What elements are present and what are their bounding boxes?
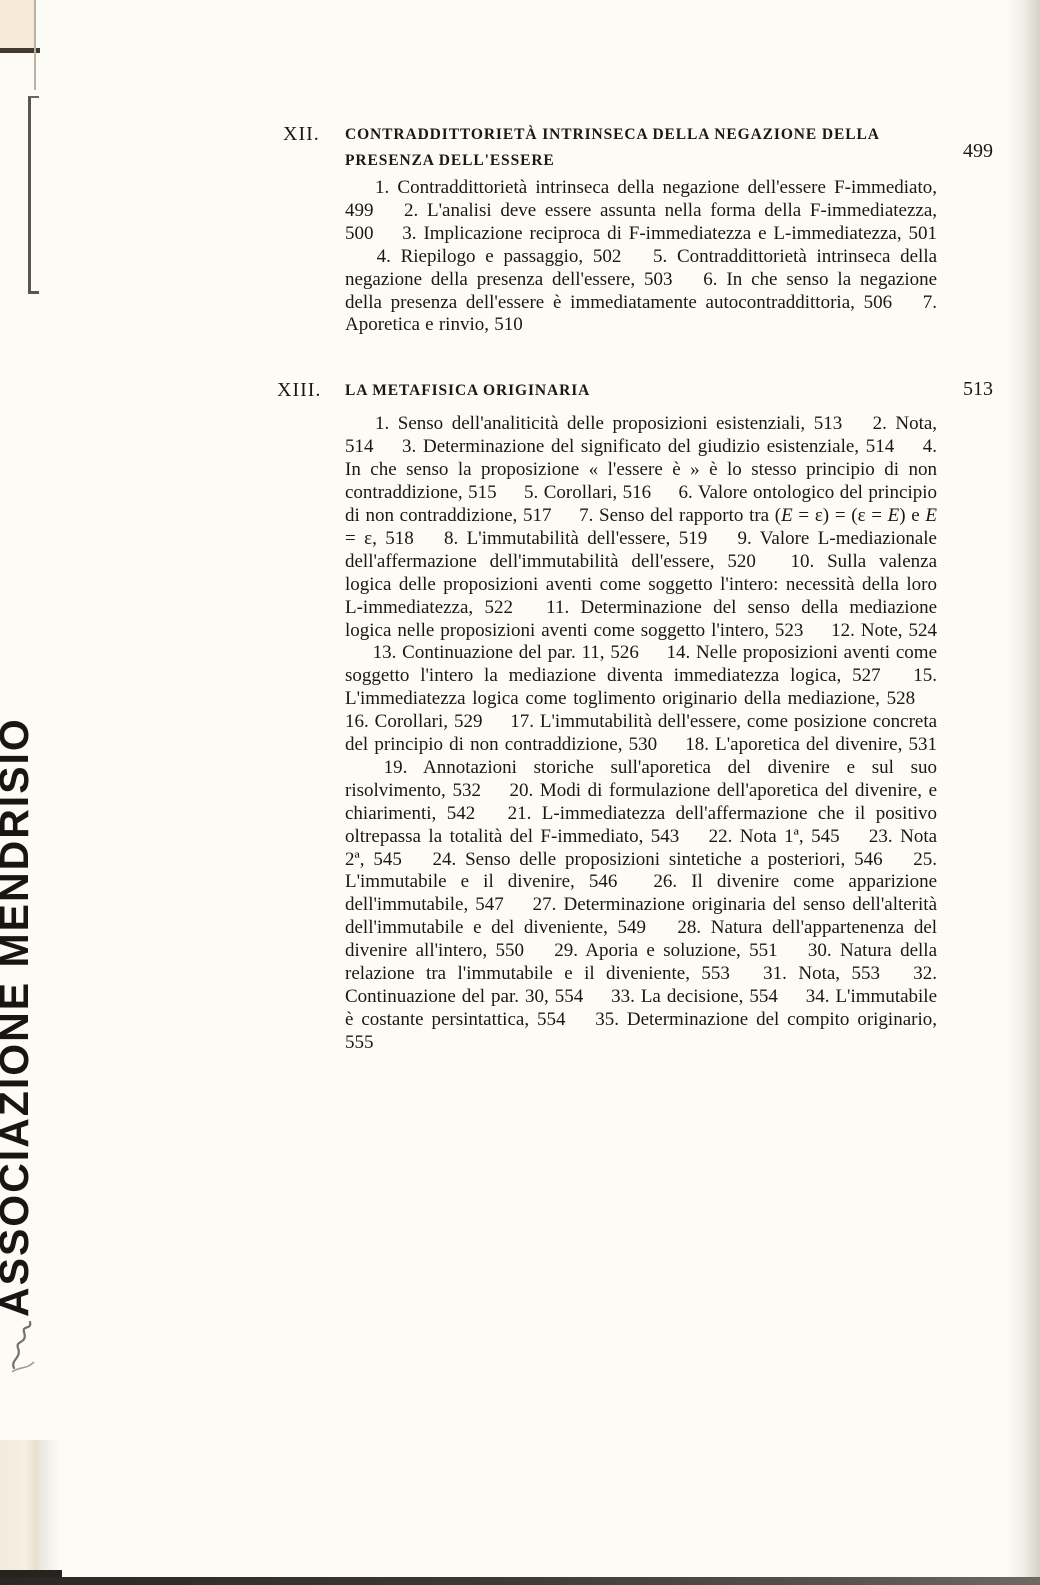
entry-number: 34.: [806, 986, 830, 1007]
entry-title: Aporetica e rinvio,: [345, 314, 489, 335]
entry-number: 22.: [709, 826, 733, 847]
entry-title: Corollari,: [375, 711, 448, 732]
page-edge-bottom-left: [0, 1440, 37, 1585]
entry-number: 17.: [510, 711, 534, 732]
entry-page: 553: [851, 963, 880, 984]
entry-page: 515: [468, 482, 497, 503]
entry-page: 554: [749, 986, 778, 1007]
toc-entry: 33. La decisione, 554: [611, 986, 778, 1007]
entry-page: 501: [909, 223, 938, 244]
entry-number: 35.: [595, 1009, 619, 1030]
entry-title: Senso delle proposizioni sintetiche a po…: [465, 849, 845, 870]
entry-title: Nota,: [798, 963, 840, 984]
entry-number: 7.: [923, 292, 937, 313]
page-edge-top-left: [0, 0, 36, 49]
entry-number: 2.: [873, 413, 887, 434]
entry-title: Continuazione del par. 30,: [345, 986, 549, 1007]
entry-page: 514: [345, 436, 374, 457]
toc-entry: 13. Continuazione del par. 11, 526: [373, 642, 639, 663]
entry-title: Aporia e soluzione,: [585, 940, 741, 961]
entry-page: 516: [623, 482, 652, 503]
entry-page: 510: [494, 314, 523, 335]
entry-title: Riepilogo e passaggio,: [401, 246, 584, 267]
entry-page: 531: [909, 734, 938, 755]
entry-page: 545: [373, 849, 402, 870]
entry-number: 30.: [808, 940, 832, 961]
entry-number: 23.: [869, 826, 893, 847]
entry-page: 543: [651, 826, 680, 847]
entry-number: 2.: [404, 200, 418, 221]
entry-number: 24.: [433, 849, 457, 870]
scanned-book-page: ASSOCIAZIONE MENDRISIO XII. CONTRADDITTO…: [0, 0, 1040, 1585]
toc-entry: 29. Aporia e soluzione, 551: [554, 940, 777, 961]
entry-title: Contraddittorietà intrinseca della negaz…: [397, 177, 937, 198]
entry-number: 27.: [533, 894, 557, 915]
toc-content: XII. CONTRADDITTORIETÀ INTRINSECA DELLA …: [283, 122, 993, 1074]
entry-number: 21.: [508, 803, 532, 824]
toc-entry: 4. Riepilogo e passaggio, 502: [377, 246, 622, 267]
ink-smudge-mark: [8, 1318, 44, 1378]
entry-page: 555: [345, 1032, 374, 1053]
section-heading: XIII. LA METAFISICA ORIGINARIA 513: [283, 378, 993, 404]
entry-page: 542: [447, 803, 476, 824]
entry-number: 1.: [375, 177, 389, 198]
toc-entry: 8. L'immutabilità dell'essere, 519: [444, 528, 707, 549]
toc-entry: 16. Corollari, 529: [345, 711, 482, 732]
entry-page: 503: [644, 269, 673, 290]
entry-title: L'immutabile e il divenire,: [345, 871, 575, 892]
entry-page: 506: [864, 292, 893, 313]
entry-page: 527: [852, 665, 881, 686]
entry-page: 502: [593, 246, 622, 267]
section-title: LA METAFISICA ORIGINARIA: [345, 378, 937, 404]
entry-number: 14.: [666, 642, 690, 663]
page-edge-bottom-left-shadow: [37, 1440, 59, 1585]
entry-title: La decisione,: [641, 986, 744, 1007]
entry-number: 26.: [653, 871, 677, 892]
entry-title: Determinazione del compito originario,: [627, 1009, 937, 1030]
entry-number: 4.: [377, 246, 391, 267]
entry-number: 1.: [375, 413, 389, 434]
entry-number: 7.: [579, 505, 593, 526]
margin-stamp-text: ASSOCIAZIONE MENDRISIO: [0, 717, 38, 1317]
entry-number: 20.: [509, 780, 533, 801]
entry-number: 18.: [685, 734, 709, 755]
entry-page: 513: [814, 413, 843, 434]
entry-number: 29.: [554, 940, 578, 961]
entry-number: 5.: [524, 482, 538, 503]
entry-page: 526: [610, 642, 639, 663]
entry-title: Senso dell'analiticità delle proposizion…: [398, 413, 805, 434]
entry-page: 549: [617, 917, 646, 938]
entry-title: Nota 1ª,: [740, 826, 804, 847]
entry-title: L'immutabilità dell'essere,: [467, 528, 671, 549]
entry-page: 499: [345, 200, 374, 221]
entry-number: 28.: [677, 917, 701, 938]
entry-title: L'aporetica del divenire,: [715, 734, 902, 755]
entry-title: Determinazione del significato del giudi…: [423, 436, 859, 457]
page-edge-line: [34, 0, 36, 90]
entry-page: 545: [811, 826, 840, 847]
entry-page: 530: [629, 734, 658, 755]
entry-number: 3.: [402, 223, 416, 244]
margin-bracket-mark: [28, 96, 39, 294]
toc-entry: 3. Determinazione del significato del gi…: [402, 436, 894, 457]
entry-title: Continuazione del par. 11,: [402, 642, 604, 663]
entry-page: 520: [727, 551, 756, 572]
toc-section-xii: XII. CONTRADDITTORIETÀ INTRINSECA DELLA …: [283, 122, 993, 337]
toc-entry: 3. Implicazione reciproca di F-immediate…: [402, 223, 937, 244]
entry-number: 4.: [923, 436, 937, 457]
entry-number: 12.: [831, 620, 855, 641]
entry-page: 519: [679, 528, 708, 549]
entry-page: 554: [555, 986, 584, 1007]
entry-number: 19.: [384, 757, 408, 778]
entry-number: 16.: [345, 711, 369, 732]
entry-page: 553: [701, 963, 730, 984]
toc-entry: 22. Nota 1ª, 545: [709, 826, 840, 847]
section-numeral: XIII.: [277, 379, 321, 402]
entry-title: L'immediatezza logica come toglimento or…: [345, 688, 880, 709]
toc-entry: 1. Senso dell'analiticità delle proposiz…: [375, 413, 842, 434]
entry-number: 11.: [546, 597, 569, 618]
entry-title: Note,: [861, 620, 903, 641]
toc-entry: 31. Nota, 553: [763, 963, 880, 984]
entry-number: 8.: [444, 528, 458, 549]
entry-title: Implicazione reciproca di F-immediatezza…: [423, 223, 901, 244]
section-page-number: 513: [963, 378, 993, 401]
entry-page: 554: [537, 1009, 566, 1030]
entry-number: 6.: [678, 482, 692, 503]
entry-number: 5.: [653, 246, 667, 267]
entry-page: 546: [854, 849, 883, 870]
entry-page: 517: [523, 505, 552, 526]
scan-edge-bottom: [0, 1577, 1040, 1585]
toc-entry: 12. Note, 524: [831, 620, 937, 641]
entry-title: L'analisi deve essere assunta nella form…: [427, 200, 937, 221]
entry-page: 522: [485, 597, 514, 618]
toc-entry: 18. L'aporetica del divenire, 531: [685, 734, 937, 755]
toc-entries-paragraph: 1. Senso dell'analiticità delle proposiz…: [345, 413, 937, 1054]
entry-page: 518: [385, 528, 414, 549]
entry-number: 3.: [402, 436, 416, 457]
entry-page: 514: [866, 436, 895, 457]
entry-title: Nota,: [895, 413, 937, 434]
entry-page: 528: [887, 688, 916, 709]
toc-entries-paragraph: 1. Contraddittorietà intrinseca della ne…: [345, 177, 937, 337]
entry-page: 547: [475, 894, 504, 915]
entry-page: 524: [909, 620, 938, 641]
entry-title: Corollari,: [544, 482, 617, 503]
entry-number: 32.: [913, 963, 937, 984]
entry-number: 13.: [373, 642, 397, 663]
entry-page: 523: [775, 620, 804, 641]
entry-page: 550: [495, 940, 524, 961]
section-numeral: XII.: [283, 123, 320, 146]
toc-entry: 5. Corollari, 516: [524, 482, 651, 503]
entry-page: 551: [749, 940, 778, 961]
entry-number: 33.: [611, 986, 635, 1007]
entry-number: 31.: [763, 963, 787, 984]
section-title: CONTRADDITTORIETÀ INTRINSECA DELLA NEGAZ…: [345, 122, 937, 174]
entry-number: 15.: [913, 665, 937, 686]
entry-number: 9.: [737, 528, 751, 549]
entry-page: 546: [589, 871, 618, 892]
scan-edge-right: [1006, 0, 1040, 1585]
entry-number: 6.: [703, 269, 717, 290]
entry-page: 529: [454, 711, 483, 732]
entry-page: 532: [452, 780, 481, 801]
entry-number: 10.: [791, 551, 815, 572]
entry-number: 25.: [913, 849, 937, 870]
section-heading: XII. CONTRADDITTORIETÀ INTRINSECA DELLA …: [283, 122, 993, 174]
section-page-number: 499: [963, 140, 993, 163]
entry-page: 500: [345, 223, 374, 244]
toc-entry: 24. Senso delle proposizioni sintetiche …: [433, 849, 883, 870]
toc-section-xiii: XIII. LA METAFISICA ORIGINARIA 513 1. Se…: [283, 378, 993, 1054]
